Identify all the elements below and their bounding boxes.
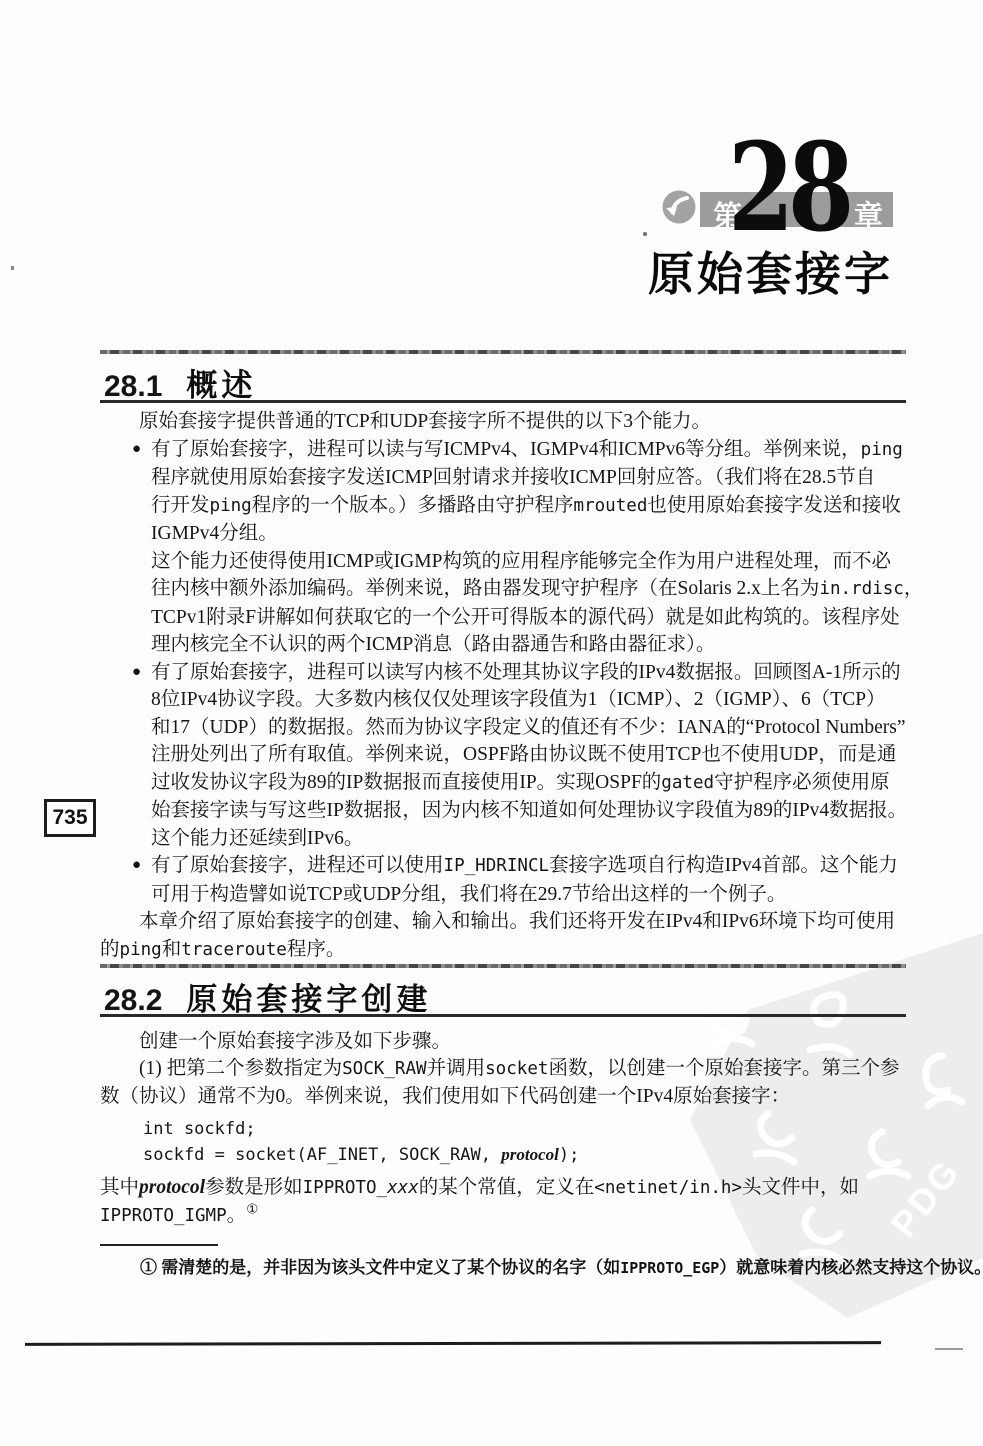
text-line: 始套接字读与写这些IP数据报，因为内核不知道如何处理协议字段值为89的IPv4数…	[151, 797, 906, 825]
footnote-text: ① 需清楚的是，并非因为该头文件中定义了某个协议的名字（如IPPROTO_EGP…	[140, 1256, 906, 1280]
text-line: 其中protocol参数是形如IPPROTO_xxx的某个常值，定义在<neti…	[100, 1174, 906, 1202]
text-line: int sockfd;	[143, 1116, 906, 1142]
text-line: 有了原始套接字，进程可以读与写ICMPv4、IGMPv4和ICMPv6等分组。举…	[151, 436, 906, 465]
bullet-item: ●有了原始套接字，进程可以读写内核不处理其协议字段的IPv4数据报。回顾图A-1…	[100, 659, 906, 853]
text-line: 创建一个原始套接字涉及如下步骤。	[100, 1028, 906, 1055]
paragraph: (1) 把第二个参数指定为SOCK_RAW并调用socket函数，以创建一个原始…	[100, 1055, 906, 1110]
bullet-continuation: 这个能力还使得使用ICMP或IGMP构筑的应用程序能够完全作为用户进程处理，而不…	[100, 548, 906, 659]
text-line: sockfd = socket(AF_INET, SOCK_RAW, proto…	[143, 1142, 906, 1168]
chapter-title: 原始套接字	[648, 238, 893, 304]
text-line: 有了原始套接字，进程可以读写内核不处理其协议字段的IPv4数据报。回顾图A-1所…	[151, 659, 906, 687]
paragraph: 创建一个原始套接字涉及如下步骤。	[100, 1028, 906, 1055]
bullet-marker: ●	[132, 852, 141, 880]
text-line: 理内核完全不认识的两个ICMP消息（路由器通告和路由器征求）。	[151, 631, 906, 659]
bullet-marker: ●	[132, 659, 141, 687]
page-number-box: 735	[44, 799, 96, 837]
footnote: ① 需清楚的是，并非因为该头文件中定义了某个协议的名字（如IPPROTO_EGP…	[120, 1256, 906, 1280]
heading-row: 28.1 概述	[104, 360, 906, 395]
bullet-item: ●有了原始套接字，进程还可以使用IP_HDRINCL套接字选项自行构造IPv4首…	[100, 852, 906, 908]
page-number: 735	[52, 806, 87, 830]
scan-artifact	[643, 232, 647, 236]
section-number: 28.1	[104, 370, 162, 404]
text-line: 原始套接字提供普通的TCP和UDP套接字所不提供的以下3个能力。	[100, 408, 906, 436]
paragraph: 原始套接字提供普通的TCP和UDP套接字所不提供的以下3个能力。	[100, 408, 906, 436]
text-line: IGMPv4分组。	[151, 520, 906, 548]
section-heading-28-1: 28.1 概述	[100, 350, 906, 403]
paragraph: 本章介绍了原始套接字的创建、输入和输出。我们还将开发在IPv4和IPv6环境下均…	[100, 908, 906, 964]
bullet-marker: ●	[132, 436, 141, 464]
text-line: 注册处列出了所有取值。举例来说，OSPF路由协议既不使用TCP也不使用UDP，而…	[151, 741, 906, 769]
swirl-arrow-icon	[661, 189, 697, 225]
text-line: 数（协议）通常不为0。举例来说，我们使用如下代码创建一个IPv4原始套接字：	[100, 1083, 906, 1110]
heading-row: 28.2 原始套接字创建	[104, 974, 906, 1009]
heading-rule-top	[100, 964, 906, 968]
section-28-2-content: 创建一个原始套接字涉及如下步骤。(1) 把第二个参数指定为SOCK_RAW并调用…	[100, 1028, 906, 1230]
chapter-suffix-label: 章	[854, 194, 883, 235]
text-line: 可用于构造譬如说TCP或UDP分组，我们将在29.7节给出这样的一个例子。	[151, 881, 906, 909]
section-title: 原始套接字创建	[186, 974, 431, 1019]
section-title: 概述	[186, 360, 256, 405]
content-column: 28.1 概述 原始套接字提供普通的TCP和UDP套接字所不提供的以下3个能力。…	[100, 350, 906, 1280]
heading-rule-top	[100, 350, 906, 354]
chapter-number: 28	[728, 139, 848, 235]
text-line: ① 需清楚的是，并非因为该头文件中定义了某个协议的名字（如IPPROTO_EGP…	[140, 1256, 906, 1280]
text-line: 这个能力还使得使用ICMP或IGMP构筑的应用程序能够完全作为用户进程处理，而不…	[151, 548, 906, 576]
bullet-item: ●有了原始套接字，进程可以读与写ICMPv4、IGMPv4和ICMPv6等分组。…	[100, 436, 906, 548]
section-28-1-content: 原始套接字提供普通的TCP和UDP套接字所不提供的以下3个能力。●有了原始套接字…	[100, 408, 906, 964]
section-heading-28-2: 28.2 原始套接字创建	[100, 964, 906, 1017]
text-line: (1) 把第二个参数指定为SOCK_RAW并调用socket函数，以创建一个原始…	[100, 1055, 906, 1083]
paragraph: 其中protocol参数是形如IPPROTO_xxx的某个常值，定义在<neti…	[100, 1174, 906, 1230]
text-line: 过收发协议字段为89的IP数据报而直接使用IP。实现OSPF的gated守护程序…	[151, 769, 906, 798]
bottom-rule-fragment	[935, 1348, 963, 1350]
bottom-rule	[25, 1341, 881, 1346]
text-line: 有了原始套接字，进程还可以使用IP_HDRINCL套接字选项自行构造IPv4首部…	[151, 852, 906, 881]
text-line: 和17（UDP）的数据报。然而为协议字段定义的值还有不少：IANA的“Proto…	[151, 714, 906, 742]
text-line: 8位IPv4协议字段。大多数内核仅仅处理该字段值为1（ICMP）、2（IGMP）…	[151, 686, 906, 714]
text-line: 本章介绍了原始套接字的创建、输入和输出。我们还将开发在IPv4和IPv6环境下均…	[100, 908, 906, 936]
footnote-divider	[100, 1244, 218, 1246]
book-page: 第 章 28 原始套接字 PDG 735 28.1 概述 原始	[0, 0, 983, 1446]
text-line: 行开发ping程序的一个版本。）多播路由守护程序mrouted也使用原始套接字发…	[151, 492, 906, 521]
text-line: 的ping和traceroute程序。	[100, 936, 906, 965]
text-line: 程序就使用原始套接字发送ICMP回射请求并接收ICMP回射应答。（我们将在28.…	[151, 464, 906, 492]
scan-artifact	[11, 266, 14, 270]
text-line: TCPv1附录F讲解如何获取它的一个公开可得版本的源代码）就是如此构筑的。该程序…	[151, 604, 906, 632]
section-number: 28.2	[104, 984, 162, 1018]
text-line: 这个能力还延续到IPv6。	[151, 825, 906, 853]
code-block: int sockfd;sockfd = socket(AF_INET, SOCK…	[143, 1116, 906, 1168]
text-line: IPPROTO_IGMP。①	[100, 1202, 906, 1230]
text-line: 往内核中额外添加编码。举例来说，路由器发现守护程序（在Solaris 2.x上名…	[151, 575, 906, 604]
